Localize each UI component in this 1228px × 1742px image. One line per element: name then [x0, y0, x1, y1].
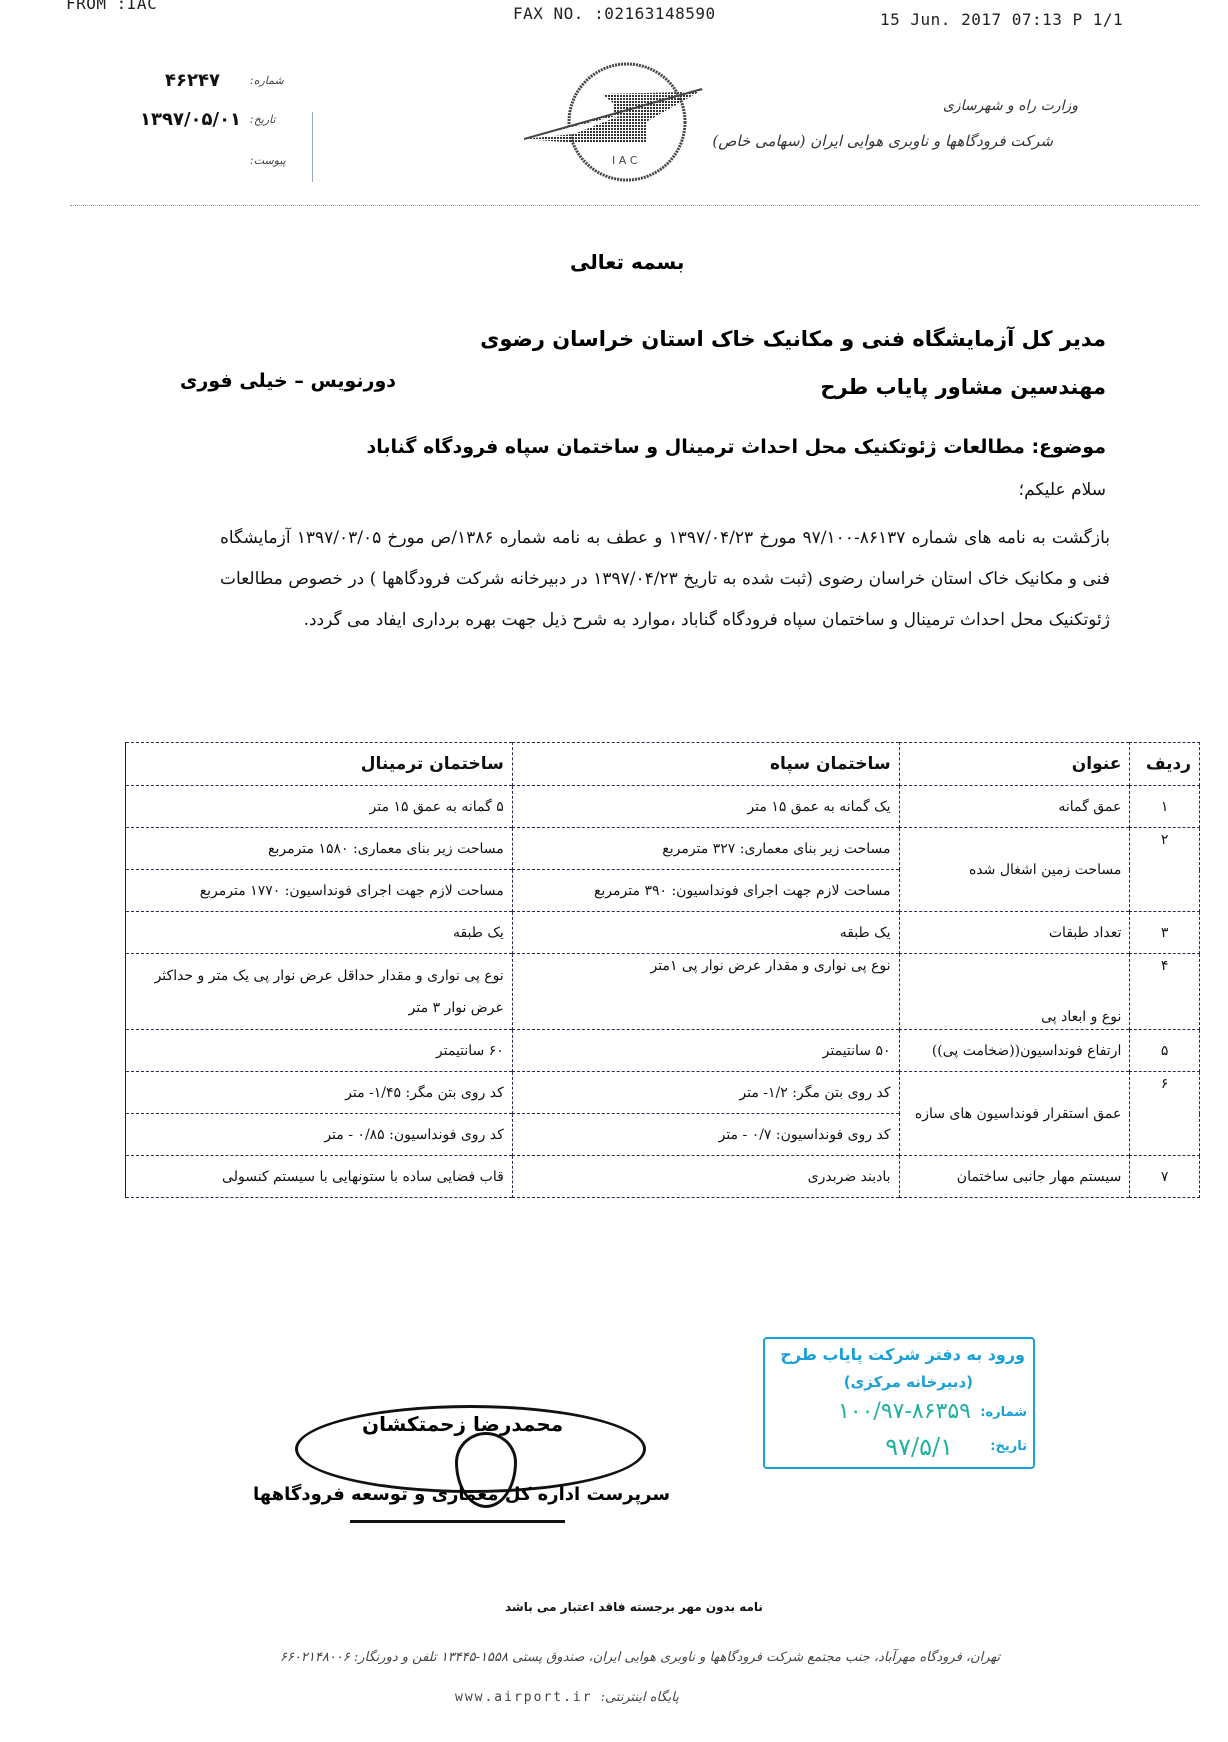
row-sepah: کد روی بتن مگر: ۱/۲- متر	[512, 1072, 899, 1114]
letter-number-value: ۴۶۲۴۷	[165, 70, 220, 91]
table-row: ۱ عمق گمانه یک گمانه به عمق ۱۵ متر ۵ گما…	[126, 786, 1200, 828]
signatory-position: سرپرست اداره کل معماری و توسعه فرودگاهها	[253, 1484, 670, 1505]
row-no: ۲	[1130, 828, 1200, 912]
row-title: سیستم مهار جانبی ساختمان	[899, 1156, 1130, 1198]
row-no: ۷	[1130, 1156, 1200, 1198]
row-terminal: کد روی بتن مگر: ۱/۴۵- متر	[126, 1072, 513, 1114]
stamp-subtitle: (دبیرخانه مرکزی)	[844, 1373, 973, 1391]
row-terminal: قاب فضایی ساده با ستونهایی با سیستم کنسو…	[126, 1156, 513, 1198]
row-no: ۱	[1130, 786, 1200, 828]
col-header-terminal: ساختمان ترمینال	[126, 743, 513, 786]
row-title: ارتفاع فونداسیون((ضخامت پی))	[899, 1030, 1130, 1072]
subject-line: موضوع: مطالعات ژئوتکنیک محل احداث ترمینا…	[367, 436, 1107, 458]
letter-attachment-label: پیوست:	[250, 154, 286, 167]
footer-address: تهران، فرودگاه مهرآباد، جنب مجتمع شرکت ف…	[190, 1650, 1090, 1665]
table-row: ۴ نوع و ابعاد پی نوع پی نواری و مقدار عر…	[126, 954, 1200, 1030]
stamp-title: ورود به دفتر شرکت پایاب طرح	[780, 1345, 1025, 1364]
footer-notice: نامه بدون مهر برجسته فاقد اعتبار می باشد	[505, 1600, 763, 1614]
spec-table: ردیف عنوان ساختمان سپاه ساختمان ترمینال …	[125, 742, 1200, 1198]
greeting: سلام علیکم؛	[1019, 480, 1106, 500]
salutation-top: بسمه تعالی	[570, 250, 684, 274]
fax-datetime-page: 15 Jun. 2017 07:13 P 1/1	[880, 10, 1123, 29]
row-sepah: بادبند ضربدری	[512, 1156, 899, 1198]
table-row: ۷ سیستم مهار جانبی ساختمان بادبند ضربدری…	[126, 1156, 1200, 1198]
table-row: ۵ ارتفاع فونداسیون((ضخامت پی)) ۵۰ سانتیم…	[126, 1030, 1200, 1072]
table-row: ۶ عمق استقرار فونداسیون های سازه کد روی …	[126, 1072, 1200, 1114]
row-sepah: مساحت لازم جهت اجرای فونداسیون: ۳۹۰ مترم…	[512, 870, 899, 912]
row-title: نوع و ابعاد پی	[899, 954, 1130, 1030]
org-company: شرکت فرودگاهها و ناوبری هوایی ایران (سها…	[712, 132, 1053, 150]
row-no: ۶	[1130, 1072, 1200, 1156]
table-row: ۳ تعداد طبقات یک طبقه یک طبقه	[126, 912, 1200, 954]
receipt-stamp: ورود به دفتر شرکت پایاب طرح (دبیرخانه مر…	[763, 1337, 1035, 1469]
stamp-date-label: تاریخ:	[990, 1439, 1027, 1454]
table-row: ۲ مساحت زمین اشغال شده مساحت زیر بنای مع…	[126, 828, 1200, 870]
letterhead-divider	[70, 205, 1200, 206]
footer-website-row: www.airport.ir پایگاه اینترنتی:	[455, 1690, 679, 1705]
iac-airplane-logo-icon: I A C	[524, 62, 704, 187]
stamp-number-label: شماره:	[980, 1405, 1027, 1420]
footer-website-url[interactable]: www.airport.ir	[455, 1690, 593, 1705]
row-terminal: یک طبقه	[126, 912, 513, 954]
row-sepah: یک طبقه	[512, 912, 899, 954]
row-title: عمق گمانه	[899, 786, 1130, 828]
body-paragraph: بازگشت به نامه های شماره ۸۶۱۳۷-۹۷/۱۰۰ مو…	[220, 518, 1110, 641]
col-header-row-no: ردیف	[1130, 743, 1200, 786]
letter-number-label: شماره:	[250, 74, 284, 87]
fax-from: FROM :IAC	[66, 0, 157, 13]
svg-text:I A C: I A C	[612, 154, 638, 167]
table-header-row: ردیف عنوان ساختمان سپاه ساختمان ترمینال	[126, 743, 1200, 786]
recipient-line-2: مهندسین مشاور پایاب طرح	[820, 375, 1106, 399]
row-terminal: ۵ گمانه به عمق ۱۵ متر	[126, 786, 513, 828]
signature-underline	[350, 1520, 565, 1523]
meta-vertical-rule	[312, 112, 313, 182]
signatory-name: محمدرضا زحمتکشان	[362, 1412, 563, 1436]
row-sepah: کد روی فونداسیون: ۰/۷ - متر	[512, 1114, 899, 1156]
letter-date-value: ۱۳۹۷/۰۵/۰۱	[140, 109, 241, 130]
row-sepah: مساحت زیر بنای معماری: ۳۲۷ مترمربع	[512, 828, 899, 870]
row-terminal: مساحت زیر بنای معماری: ۱۵۸۰ مترمربع	[126, 828, 513, 870]
col-header-sepah: ساختمان سپاه	[512, 743, 899, 786]
row-sepah: نوع پی نواری و مقدار عرض نوار پی ۱متر	[512, 954, 899, 1030]
row-sepah: یک گمانه به عمق ۱۵ متر	[512, 786, 899, 828]
row-terminal: مساحت لازم جهت اجرای فونداسیون: ۱۷۷۰ متر…	[126, 870, 513, 912]
row-terminal: نوع پی نواری و مقدار حداقل عرض نوار پی ی…	[126, 954, 513, 1030]
col-header-title: عنوان	[899, 743, 1130, 786]
recipient-line-1: مدیر کل آزمایشگاه فنی و مکانیک خاک استان…	[480, 327, 1106, 351]
stamp-number-value: ۱۰۰/۹۷-۸۶۳۵۹	[838, 1399, 971, 1424]
row-title: تعداد طبقات	[899, 912, 1130, 954]
row-no: ۴	[1130, 954, 1200, 1030]
letter-date-label: تاریخ:	[250, 113, 276, 126]
urgency-label: دورنویس – خیلی فوری	[180, 370, 396, 392]
row-title: عمق استقرار فونداسیون های سازه	[899, 1072, 1130, 1156]
row-title: مساحت زمین اشغال شده	[899, 828, 1130, 912]
row-no: ۳	[1130, 912, 1200, 954]
org-ministry: وزارت راه و شهرسازی	[943, 98, 1078, 114]
stamp-date-value: ۹۷/۵/۱	[885, 1433, 953, 1461]
row-sepah: ۵۰ سانتیمتر	[512, 1030, 899, 1072]
row-no: ۵	[1130, 1030, 1200, 1072]
fax-number: FAX NO. :02163148590	[513, 4, 716, 23]
footer-website-label: پایگاه اینترنتی:	[601, 1690, 679, 1705]
row-terminal: ۶۰ سانتیمتر	[126, 1030, 513, 1072]
row-terminal: کد روی فونداسیون: ۰/۸۵ - متر	[126, 1114, 513, 1156]
